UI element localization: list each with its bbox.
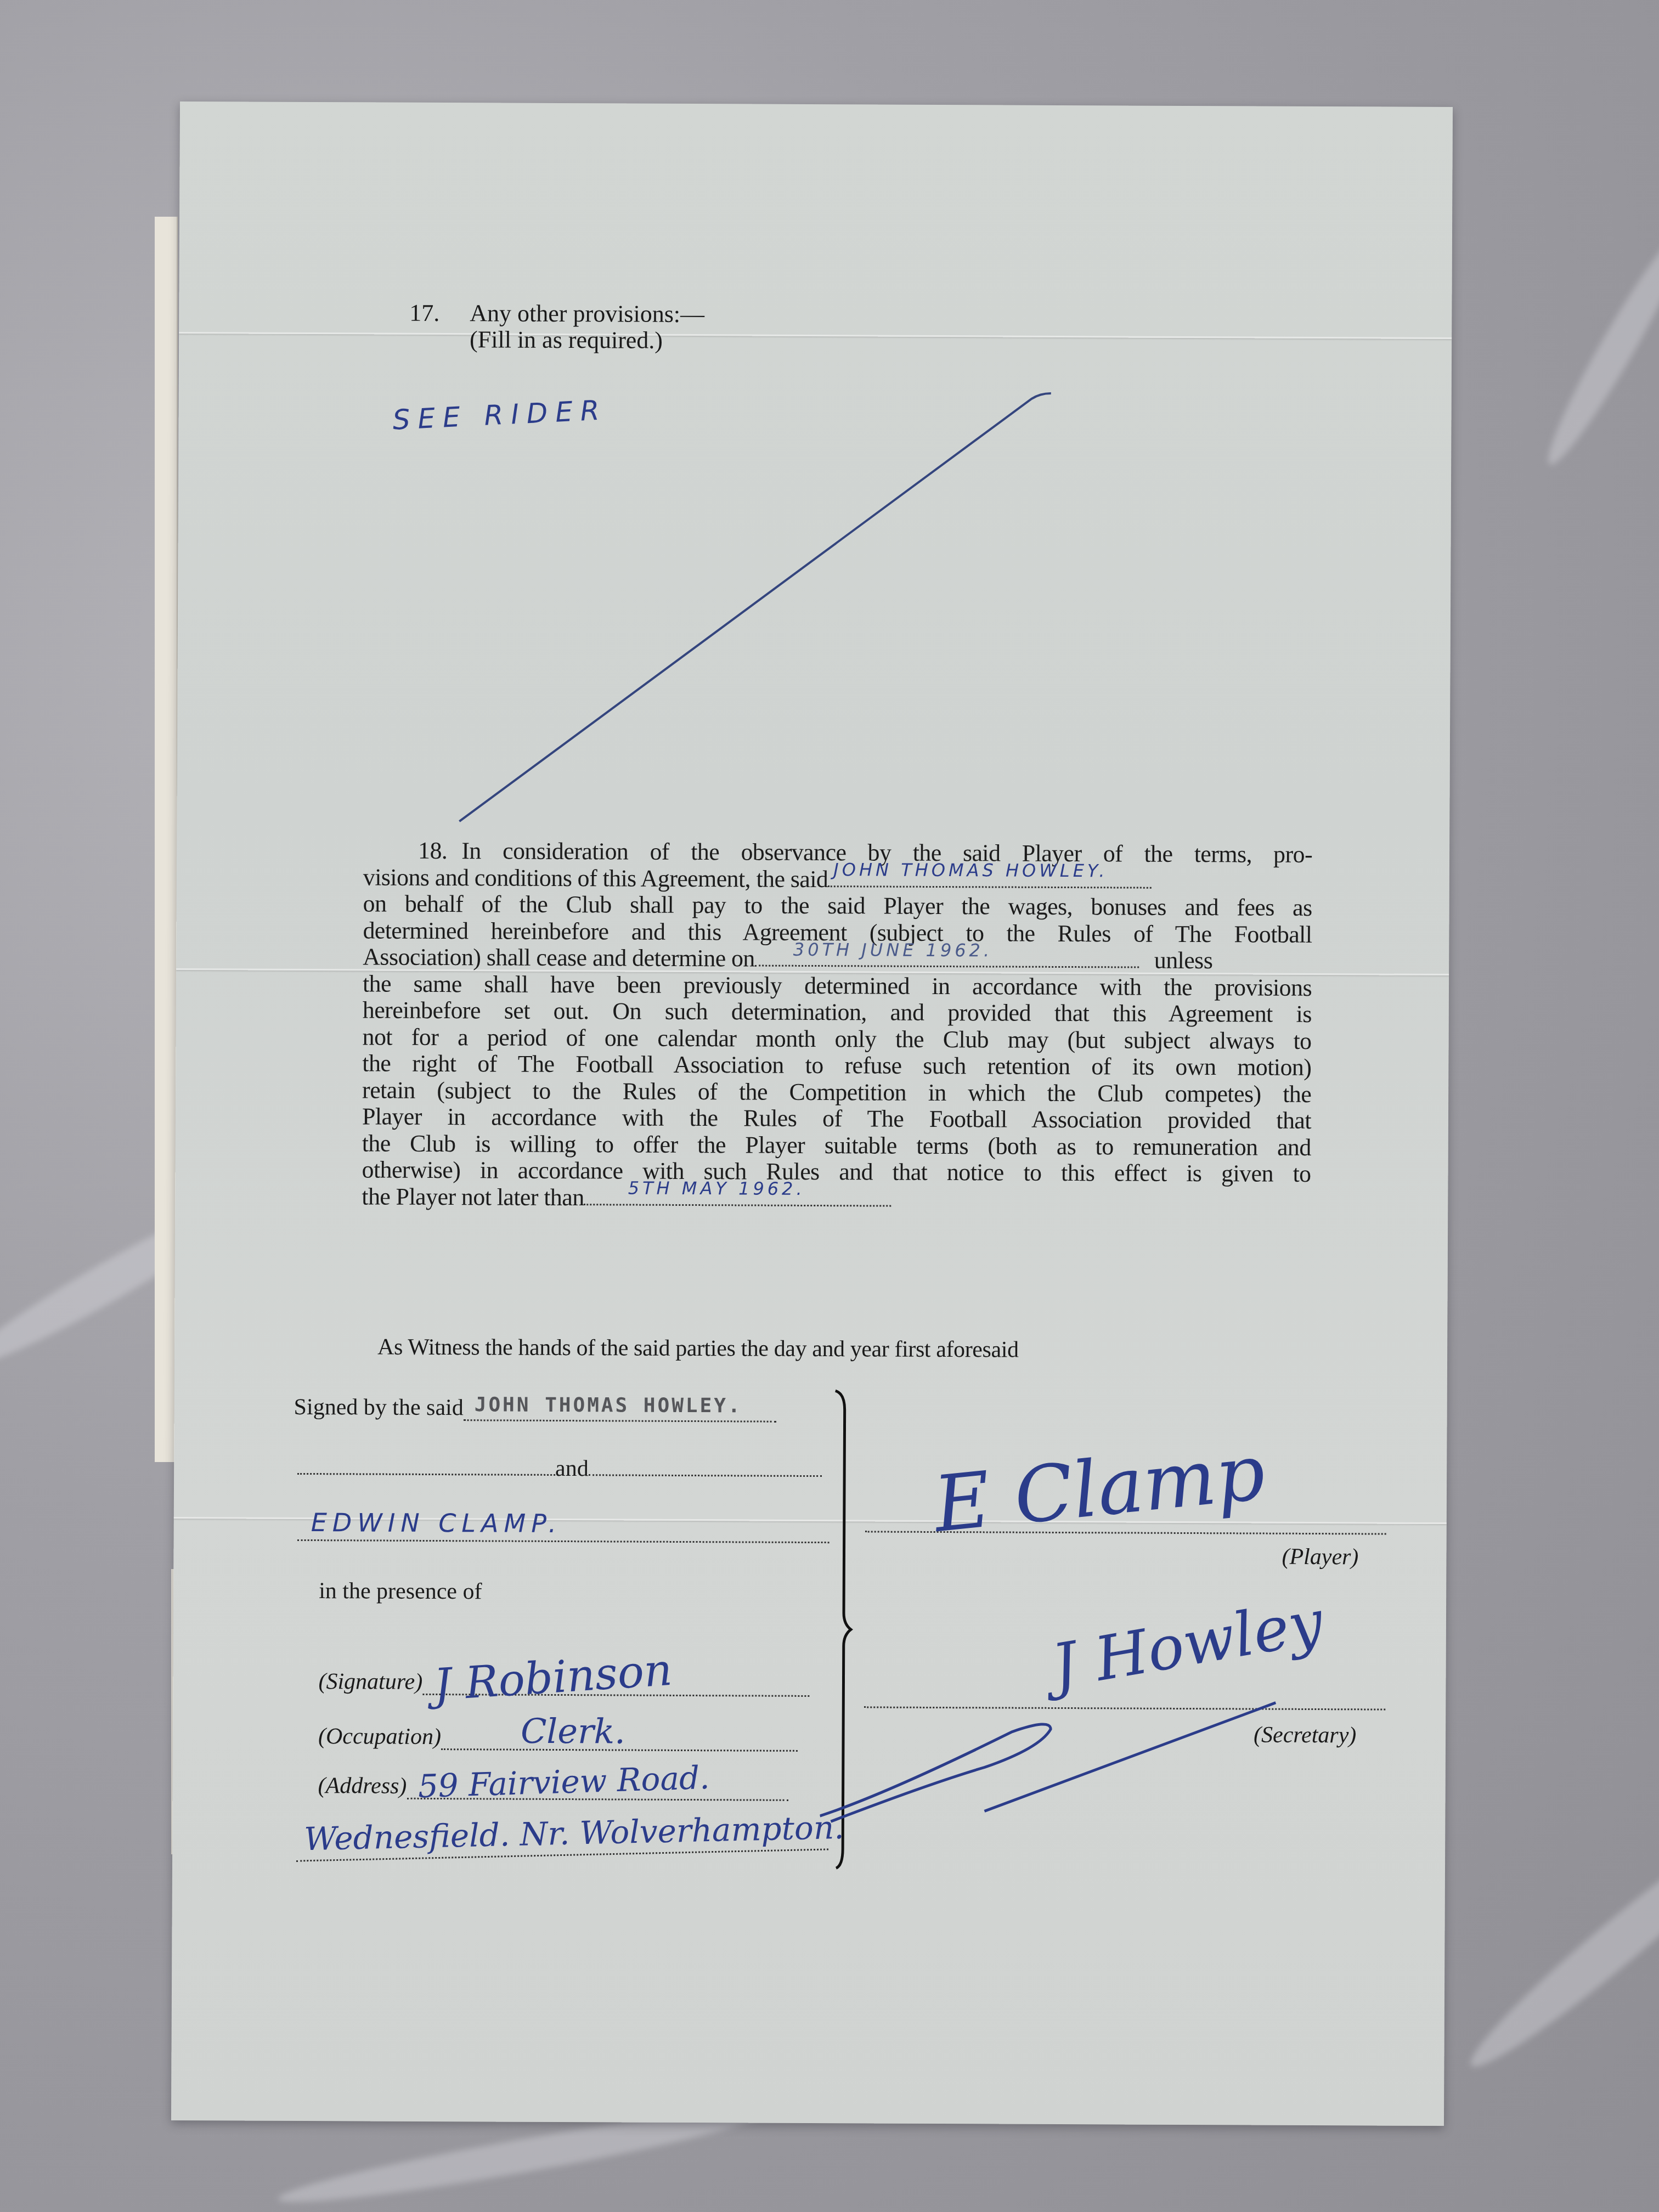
torn-binding-strip: [155, 217, 178, 1462]
filled-notice-date: 5TH MAY 1962.: [628, 1175, 805, 1203]
witness-heading: As Witness the hands of the said parties…: [377, 1334, 1019, 1363]
signature-label: (Signature)J Robinson: [318, 1668, 809, 1697]
filled-secretary-name: JOHN THOMAS HOWLEY.: [833, 856, 1108, 884]
player-name-handwritten: EDWIN CLAMP.: [311, 1508, 562, 1538]
clause18-line: Association) shall cease and determine o…: [363, 944, 1312, 974]
player-name-line: EDWIN CLAMP.: [297, 1506, 830, 1543]
filled-end-date: 30TH JUNE 1962.: [793, 936, 993, 963]
witness-signature: J Robinson: [433, 1657, 673, 1699]
clause18-line: otherwise) in accordance with such Rules…: [362, 1156, 1311, 1187]
clause18-line: on behalf of the Club shall pay to the s…: [363, 890, 1312, 921]
witness-occupation: Clerk.: [521, 1718, 625, 1745]
address-label: (Address)59 Fairview Road.: [318, 1773, 788, 1801]
witness-address-line1: 59 Fairview Road.: [417, 1764, 710, 1799]
clause18-line: the Player not later than5TH MAY 1962.: [362, 1183, 1311, 1214]
clause18-line: the right of The Football Association to…: [362, 1050, 1311, 1081]
clause18-line: hereinbefore set out. On such determinat…: [363, 997, 1312, 1028]
signed-by-stamp: JOHN THOMAS HOWLEY.: [475, 1392, 742, 1419]
player-role-label: (Player): [1282, 1544, 1358, 1571]
presence-label: in the presence of: [319, 1578, 482, 1605]
occupation-label: (Occupation)Clerk.: [318, 1723, 798, 1752]
background-marble-vein: [1457, 1802, 1659, 2082]
witness-address-line2: Wednesfield. Nr. Wolverhampton.: [304, 1809, 845, 1858]
clause18-line: Player in accordance with the Rules of T…: [362, 1103, 1311, 1134]
background-marble-vein: [1536, 218, 1659, 472]
clause18-body: 18.In consideration of the observance by…: [362, 837, 1312, 1214]
and-line: and: [297, 1454, 822, 1483]
secretary-role-label: (Secretary): [1254, 1722, 1357, 1749]
signed-by-label: Signed by the saidJOHN THOMAS HOWLEY.: [294, 1394, 776, 1423]
contract-page: 17. Any other provisions:— (Fill in as r…: [171, 101, 1453, 2126]
